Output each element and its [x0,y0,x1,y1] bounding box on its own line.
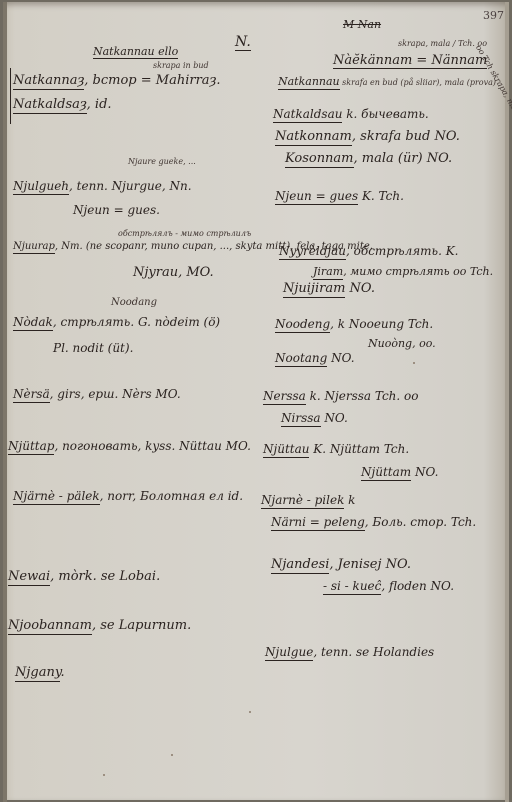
headword: Njüttam [361,465,411,481]
headword: Natkannau [278,75,340,90]
gloss: NO. [411,465,438,479]
note-above: Njaure gueke, ... [128,158,196,166]
headword: Kosonnam [285,151,354,168]
paper-speck [103,774,105,776]
gloss: K. Tch. [358,189,404,203]
entry: Newai, mòrk. se Lobai. [8,570,160,583]
entry: Natkaldsaȝ, id. [13,98,112,111]
entry: Njärnè - pälek, norr, Болотная ел id. [13,490,243,502]
entry: - si - kueĉ, floden NO. [323,580,454,592]
headword: Njüttau [263,442,309,458]
entry: Njulgueh, tenn. Njurgue, Nn. [13,180,192,192]
entry: Natkannau skrafa en bud (på sliiar), mal… [278,76,496,87]
headword: Nòdak [13,315,53,331]
paper-speck [413,362,415,364]
gloss: NO. [345,281,375,296]
entry: Njuijiram NO. [283,282,375,295]
headword: Nootang [275,351,327,367]
gloss: , se Lapurnum. [92,618,191,633]
note-above: Noodang [111,298,157,308]
entry: Nerssa k. Njerssa Tch. oo [263,390,418,402]
headword: Natkaldsaȝ [13,97,87,114]
headword: Newai [8,569,50,586]
entry: Natkonnam, skrafa bud NO. [275,130,460,143]
headword: Njulgue [265,645,313,661]
headword: Njuijiram [283,281,345,298]
entry: Nirssa NO. [281,412,348,424]
entry: Njulgue, tenn. se Holandies [265,646,434,658]
note-above: обстрѣлялъ - мимо стрѣлилъ [118,230,251,238]
page-edge [505,2,509,800]
entry: Njüttau K. Njüttam Tch. [263,443,409,455]
note-above: skrapa in bud [153,62,209,70]
entry: Njüttap, погоновать, kyss. Nüttau MO. [8,440,251,452]
headword: Njuurap [13,241,55,254]
entry: Njüttam NO. [361,466,438,478]
gloss: . [60,665,64,680]
gloss: , tenn. Njurgue, Nn. [69,179,192,193]
headword: Jiram [313,265,343,280]
entry: Natkannaȝ, bcmop = Mahirraȝ. [13,74,220,87]
headword: Natkannaȝ [13,73,84,90]
gloss: , Боль. стор. Tch. [365,515,476,529]
gloss: skrafa en bud (på sliiar), mala (prova) [340,78,496,87]
gloss: k [344,493,355,507]
gloss: , погоновать, kyss. Nüttau MO. [54,439,250,453]
margin-line [10,68,11,124]
left-heading: Natkannau ello [93,46,178,59]
headword: Nàĕkännam = Nännam [333,54,487,69]
gloss: , floden NO. [381,579,454,593]
gloss: , id. [87,97,112,112]
entry: Njarnè - pilek k [261,494,355,506]
gloss: , bcmop = Mahirraȝ. [84,73,220,88]
gloss: , tenn. se Holandies [313,645,434,659]
headword: Njarnè - pilek [261,493,344,509]
headword: Njgany [15,665,60,682]
paper-speck [249,711,251,713]
entry: Natkaldsau k. бычевать. [273,108,429,120]
headword: Njeun = gues [275,189,358,205]
headword: Njulgueh [13,179,69,195]
gloss: , skrafa bud NO. [352,129,460,144]
manuscript-page: 397 M Nan N. Natkannau ello skrapa in bu… [3,2,509,800]
entry: Nyyrèldjau, обстрѣлять. K. [279,245,458,257]
headword: Nyyrèldjau [279,244,346,260]
gloss: NO. [327,351,354,365]
gloss: , k Nooeung Tch. [330,317,433,331]
gloss: , обстрѣлять. K. [346,244,458,258]
headword: Njüttap [8,439,54,455]
gloss: NO. [321,411,348,425]
gloss: , girs, ерш. Nèrs MO. [50,387,181,401]
entry: Njeun = gues. [73,204,160,216]
headword: Natkonnam [275,129,352,146]
entry: Nuoòng, oo. [368,338,436,349]
headword: Njandesi [271,557,329,574]
headword: Närni = peleng [271,515,365,531]
gloss: K. Njüttam Tch. [309,442,409,456]
entry: Kosonnam, mala (ür) NO. [285,152,452,165]
headword: Noodeng [275,317,330,333]
gloss: , мимо стрѣлять oo Tch. [343,265,493,278]
headword: Nèrsä [13,387,50,403]
entry: Jiram, мимо стрѣлять oo Tch. [313,266,493,277]
headword: Nerssa [263,389,306,405]
entry: Njgany. [15,666,65,679]
gloss: , mòrk. se Lobai. [50,569,160,584]
headword: Natkaldsau [273,107,342,123]
page-number: 397 [483,10,504,21]
entry: Nèrsä, girs, ерш. Nèrs MO. [13,388,181,400]
entry: Njeun = gues K. Tch. [275,190,404,202]
headword: Njoobannam [8,618,92,635]
entry: Noodeng, k Nooeung Tch. [275,318,433,330]
gloss: , norr, Болотная ел id. [100,489,243,503]
headword: - si - kueĉ [323,579,381,595]
entry: Njandesi, Jenisej NO. [271,558,411,571]
struck-heading: M Nan [343,19,381,30]
entry: Pl. nodit (üt). [53,342,133,354]
entry: Nòdak, стрѣлять. G. nòdeim (ö) [13,316,220,328]
entry: Nootang NO. [275,352,355,364]
entry: Närni = peleng, Боль. стор. Tch. [271,516,476,528]
headword: Njärnè - pälek [13,489,100,505]
gloss: , Jenisej NO. [329,557,411,572]
entry: Njyrau, MO. [133,266,214,279]
heading-letter: N. [235,35,251,51]
book-spine [3,2,7,800]
headword: Nirssa [281,411,321,427]
gloss: , mala (ür) NO. [354,151,453,166]
gloss: k. бычевать. [342,107,428,121]
gloss: , стрѣлять. G. nòdeim (ö) [53,315,220,329]
paper-speck [171,754,173,756]
gloss: k. Njerssa Tch. oo [306,389,419,403]
entry: Njoobannam, se Lapurnum. [8,619,191,632]
